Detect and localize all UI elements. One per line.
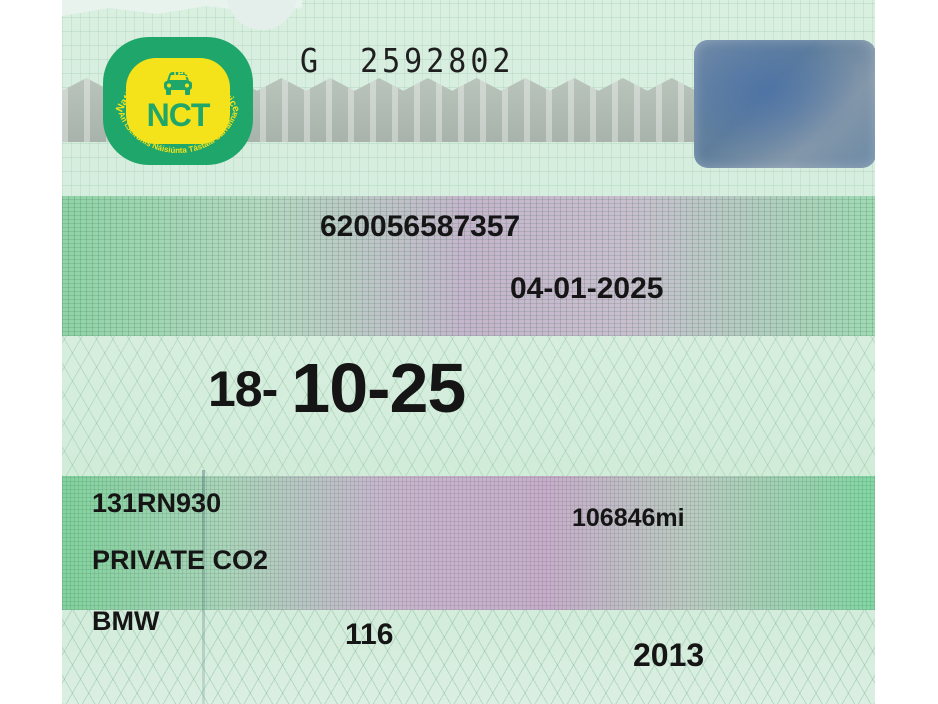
svg-text:An tSeirbhís Náisiúnta Tástála: An tSeirbhís Náisiúnta Tástála Carranna [117, 110, 240, 155]
serial-digits: 2592802 [360, 42, 514, 81]
svg-text:National Car Testing Service: National Car Testing Service [114, 67, 243, 114]
serial-number: G2592802 [300, 42, 515, 81]
certificate-number: 620056587357 [320, 210, 520, 244]
expiry-month-year: 10-25 [291, 349, 465, 427]
vehicle-year: 2013 [633, 637, 704, 674]
hologram-patch [694, 40, 875, 168]
registration-number: 131RN930 [92, 488, 221, 519]
logo-ring-text: National Car Testing Service An tSeirbhí… [103, 37, 253, 165]
odometer-reading: 106846mi [572, 504, 685, 533]
security-band-bottom [62, 610, 875, 704]
vehicle-make: BMW [92, 606, 159, 637]
serial-prefix: G [300, 42, 322, 81]
test-date: 04-01-2025 [510, 272, 663, 306]
vehicle-model: 116 [345, 618, 393, 652]
expiry-date: 18-10-25 [208, 348, 465, 428]
expiry-day: 18- [208, 361, 277, 417]
torn-edge [227, 0, 297, 30]
vehicle-class: PRIVATE CO2 [92, 545, 268, 576]
nct-logo: National Car Testing Service An tSeirbhí… [103, 37, 253, 165]
security-band-pattern [62, 336, 875, 476]
